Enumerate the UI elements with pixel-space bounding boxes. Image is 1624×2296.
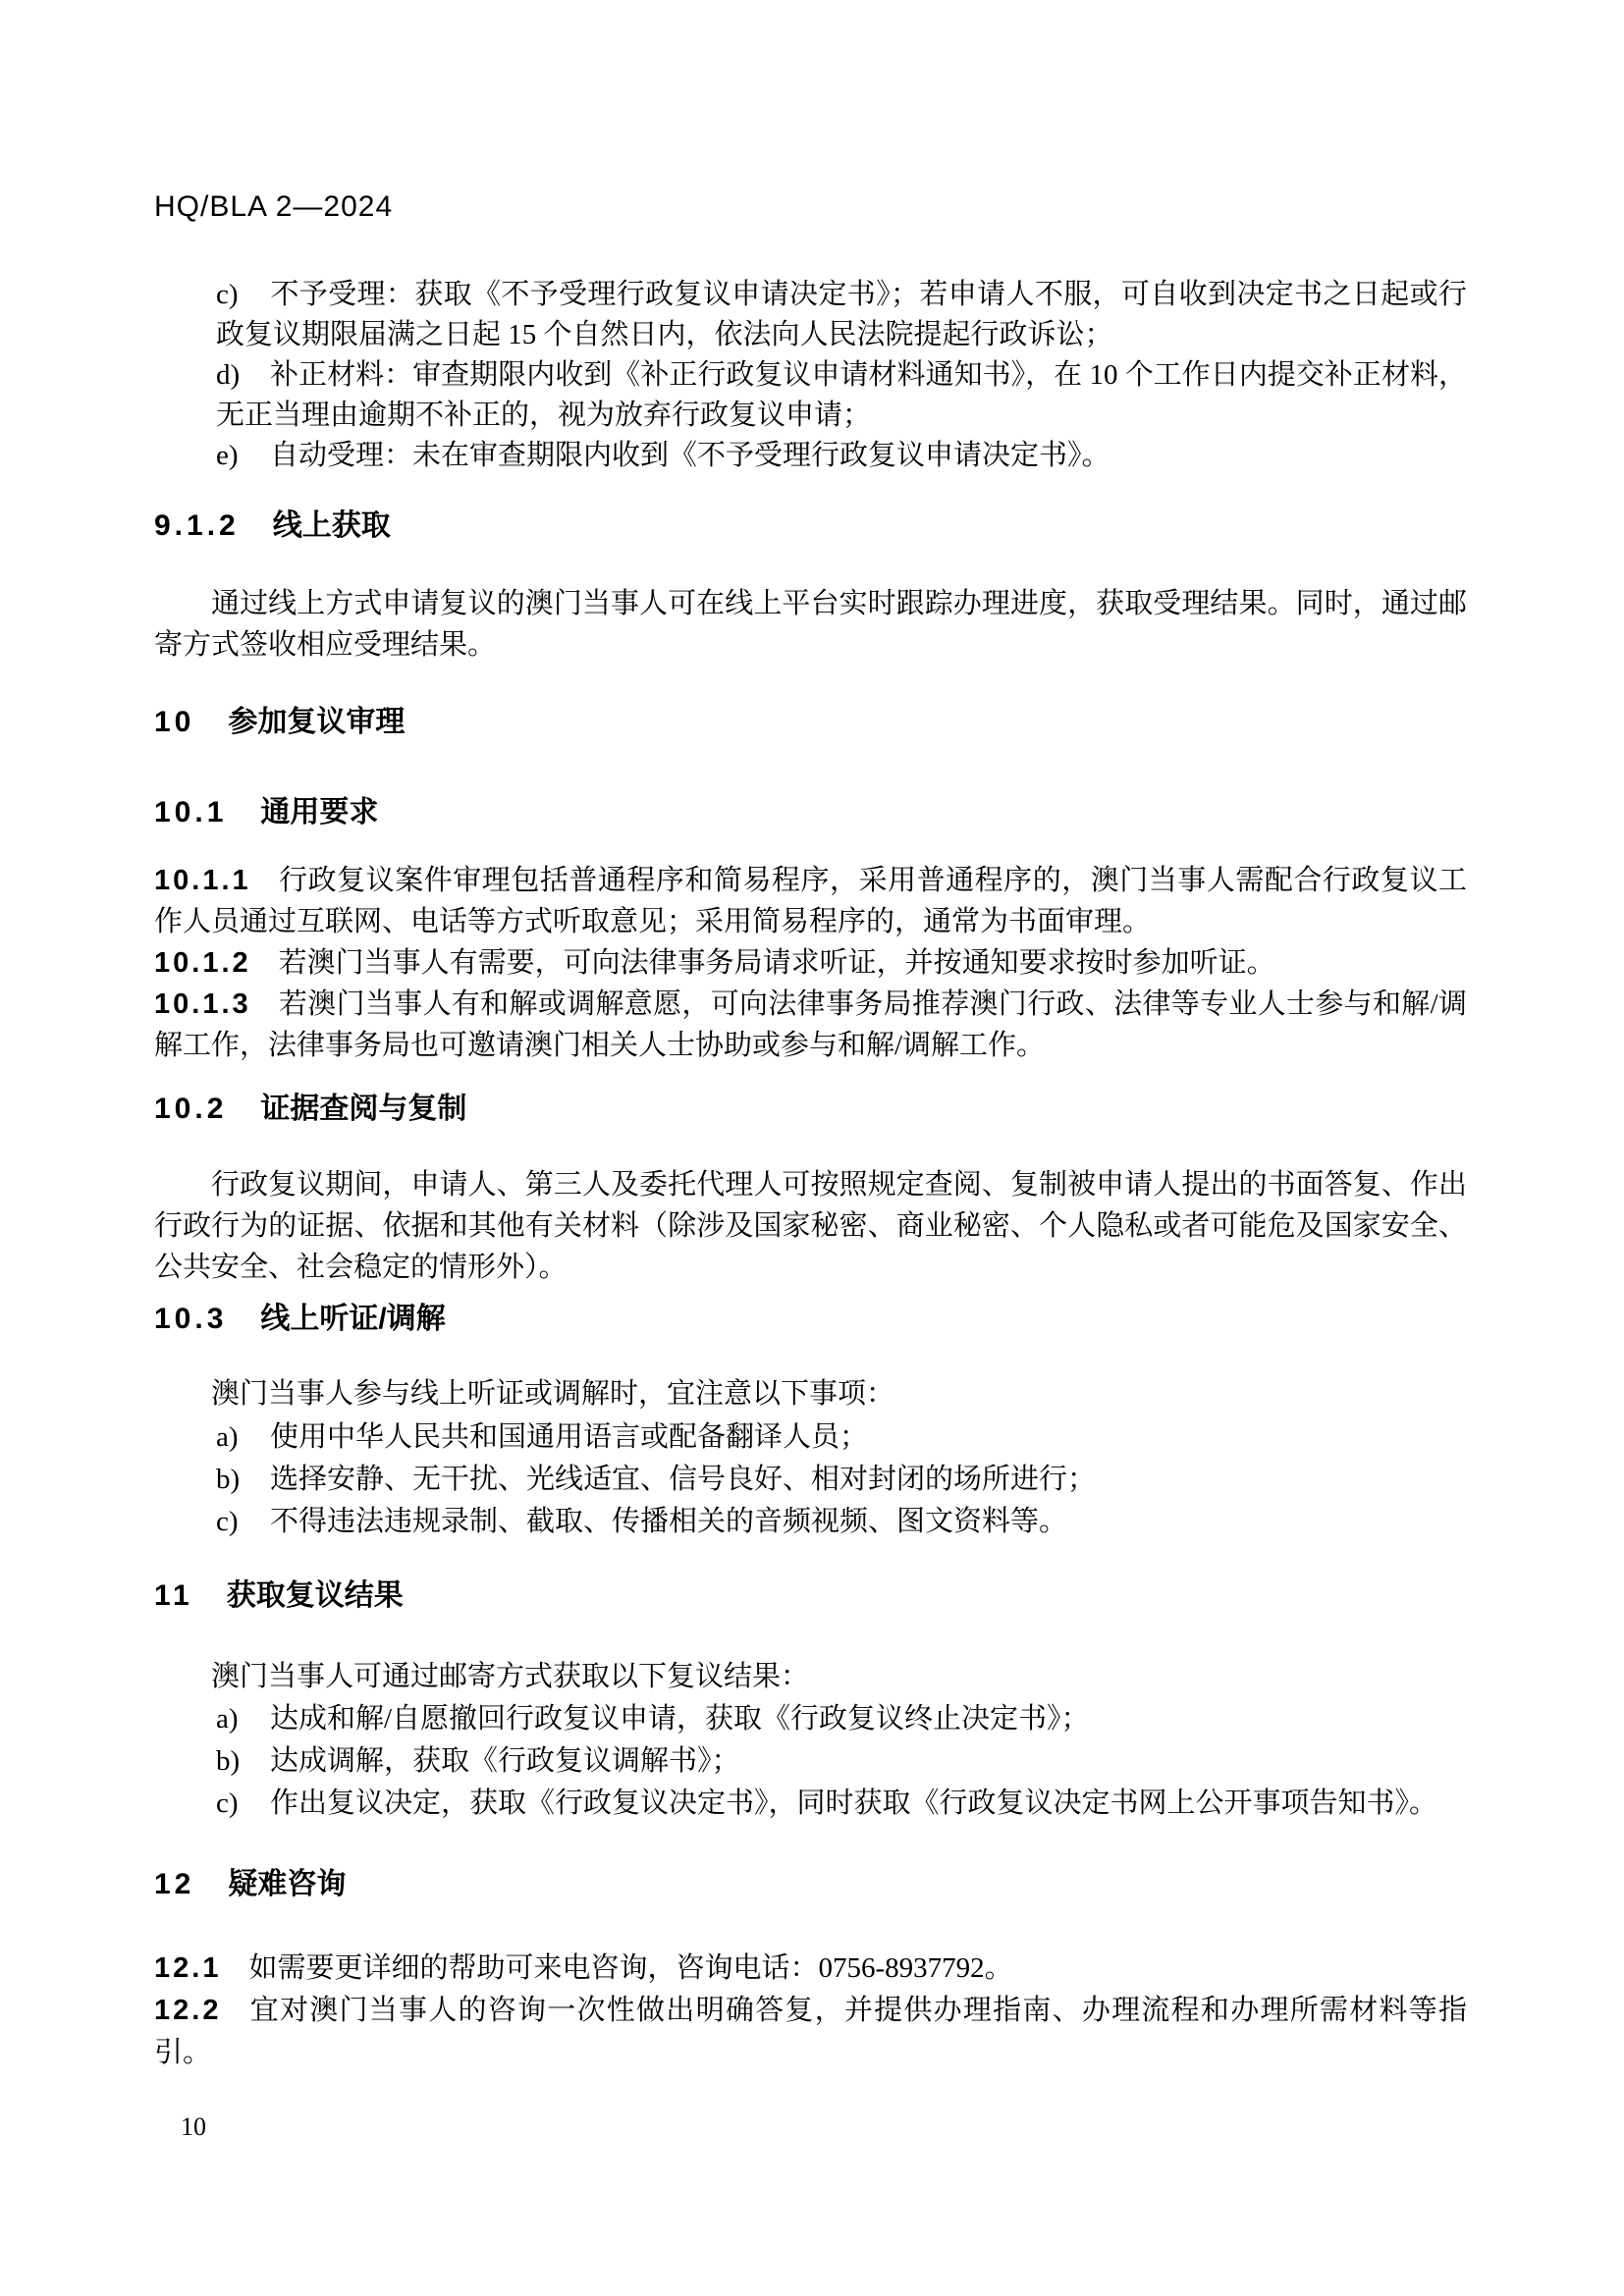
list-item-letter: c) (216, 275, 270, 315)
list-item-letter: b) (216, 1740, 270, 1783)
list-item-letter: a) (216, 1698, 270, 1740)
heading-number: 10.1 (154, 796, 227, 828)
list-item: c)不予受理：获取《不予受理行政复议申请决定书》；若申请人不服，可自收到决定书之… (216, 275, 1467, 355)
heading-number: 11 (154, 1579, 193, 1612)
heading-10-1: 10.1通用要求 (154, 795, 378, 830)
clause-10-1-1: 10.1.1行政复议案件审理包括普通程序和简易程序，采用普通程序的，澳门当事人需… (154, 860, 1467, 942)
heading-number: 9.1.2 (154, 509, 240, 542)
list-item: d)补正材料：审查期限内收到《补正行政复议申请材料通知书》，在 10 个工作日内… (216, 355, 1467, 436)
list-item: e)自动受理：未在审查期限内收到《不予受理行政复议申请决定书》。 (216, 436, 1467, 476)
clause-number: 10.1.3 (154, 988, 251, 1020)
list-item: b)选择安静、无干扰、光线适宜、信号良好、相对封闭的场所进行； (216, 1459, 1467, 1501)
heading-12: 12疑难咨询 (154, 1867, 346, 1902)
heading-title: 线上听证/调解 (260, 1303, 445, 1335)
clause-text: 若澳门当事人有需要，可向法律事务局请求听证，并按通知要求按时参加听证。 (279, 947, 1275, 979)
heading-title: 证据查阅与复制 (260, 1093, 466, 1125)
list-item-text: 补正材料：审查期限内收到《补正行政复议申请材料通知书》，在 10 个工作日内提交… (216, 359, 1467, 431)
clause-number: 12.2 (154, 1995, 221, 2026)
clause-text: 如需要更详细的帮助可来电咨询，咨询电话：0756-8937792。 (248, 1952, 1012, 1984)
intro-11: 澳门当事人可通过邮寄方式获取以下复议结果： (154, 1657, 1467, 1697)
heading-title: 疑难咨询 (228, 1868, 346, 1900)
heading-10: 10参加复议审理 (154, 705, 405, 740)
list-item-text: 达成和解/自愿撤回行政复议申请，获取《行政复议终止决定书》； (270, 1703, 1090, 1735)
heading-10-3: 10.3线上听证/调解 (154, 1302, 446, 1337)
heading-number: 10.2 (154, 1093, 227, 1125)
heading-11: 11获取复议结果 (154, 1578, 404, 1614)
clauses-12: 12.1如需要更详细的帮助可来电咨询，咨询电话：0756-8937792。 12… (154, 1948, 1467, 2074)
clause-number: 10.1.1 (154, 865, 251, 896)
heading-title: 通用要求 (260, 796, 378, 828)
list-11: a)达成和解/自愿撤回行政复议申请，获取《行政复议终止决定书》； b)达成调解，… (216, 1698, 1467, 1825)
heading-title: 获取复议结果 (227, 1579, 404, 1612)
list-item: a)使用中华人民共和国通用语言或配备翻译人员； (216, 1416, 1467, 1459)
paragraph-9-1-2: 通过线上方式申请复议的澳门当事人可在线上平台实时跟踪办理进度，获取受理结果。同时… (154, 583, 1467, 666)
list-item-text: 使用中华人民共和国通用语言或配备翻译人员； (270, 1421, 868, 1453)
list-item-letter: c) (216, 1501, 270, 1543)
list-item-text: 不予受理：获取《不予受理行政复议申请决定书》；若申请人不服，可自收到决定书之日起… (216, 279, 1467, 350)
clause-number: 12.1 (154, 1952, 221, 1984)
list-10-3: a)使用中华人民共和国通用语言或配备翻译人员； b)选择安静、无干扰、光线适宜、… (216, 1416, 1467, 1543)
list-item-text: 自动受理：未在审查期限内收到《不予受理行政复议申请决定书》。 (270, 440, 1110, 471)
heading-number: 10.3 (154, 1303, 227, 1335)
document-page: HQ/BLA 2—2024 c)不予受理：获取《不予受理行政复议申请决定书》；若… (0, 0, 1624, 2296)
clause-number: 10.1.2 (154, 947, 251, 979)
heading-title: 线上获取 (273, 509, 391, 542)
list-item-letter: e) (216, 436, 270, 476)
paragraph-10-2: 行政复议期间，申请人、第三人及委托代理人可按照规定查阅、复制被申请人提出的书面答… (154, 1164, 1467, 1288)
clauses-10-1: 10.1.1行政复议案件审理包括普通程序和简易程序，采用普通程序的，澳门当事人需… (154, 860, 1467, 1066)
heading-10-2: 10.2证据查阅与复制 (154, 1092, 466, 1127)
list-item-letter: a) (216, 1416, 270, 1459)
list-item-letter: d) (216, 355, 270, 396)
doc-header-code: HQ/BLA 2—2024 (154, 190, 393, 224)
list-item: c)作出复议决定，获取《行政复议决定书》，同时获取《行政复议决定书网上公开事项告… (216, 1783, 1467, 1825)
page-number: 10 (181, 2112, 206, 2142)
list-item: a)达成和解/自愿撤回行政复议申请，获取《行政复议终止决定书》； (216, 1698, 1467, 1740)
clause-12-2: 12.2宜对澳门当事人的咨询一次性做出明确答复，并提供办理指南、办理流程和办理所… (154, 1990, 1467, 2074)
list-item-letter: b) (216, 1459, 270, 1501)
clause-text: 若澳门当事人有和解或调解意愿，可向法律事务局推荐澳门行政、法律等专业人士参与和解… (154, 988, 1467, 1061)
heading-number: 10 (154, 706, 194, 738)
list-item-letter: c) (216, 1783, 270, 1825)
list-item-text: 作出复议决定，获取《行政复议决定书》，同时获取《行政复议决定书网上公开事项告知书… (270, 1788, 1437, 1819)
list-item-text: 不得违法违规录制、截取、传播相关的音频视频、图文资料等。 (270, 1506, 1067, 1537)
clause-text: 宜对澳门当事人的咨询一次性做出明确答复，并提供办理指南、办理流程和办理所需材料等… (154, 1995, 1467, 2068)
clause-12-1: 12.1如需要更详细的帮助可来电咨询，咨询电话：0756-8937792。 (154, 1948, 1467, 1990)
list-item-text: 选择安静、无干扰、光线适宜、信号良好、相对封闭的场所进行； (270, 1464, 1096, 1495)
list-item-text: 达成调解，获取《行政复议调解书》； (270, 1745, 740, 1777)
heading-number: 12 (154, 1868, 194, 1900)
clause-text: 行政复议案件审理包括普通程序和简易程序，采用普通程序的，澳门当事人需配合行政复议… (154, 865, 1467, 937)
clause-10-1-3: 10.1.3若澳门当事人有和解或调解意愿，可向法律事务局推荐澳门行政、法律等专业… (154, 984, 1467, 1066)
intro-10-3: 澳门当事人参与线上听证或调解时，宜注意以下事项： (154, 1374, 1467, 1415)
list-item: c)不得违法违规录制、截取、传播相关的音频视频、图文资料等。 (216, 1501, 1467, 1543)
list-cde: c)不予受理：获取《不予受理行政复议申请决定书》；若申请人不服，可自收到决定书之… (216, 275, 1467, 476)
list-item: b)达成调解，获取《行政复议调解书》； (216, 1740, 1467, 1783)
clause-10-1-2: 10.1.2若澳门当事人有需要，可向法律事务局请求听证，并按通知要求按时参加听证… (154, 942, 1467, 984)
heading-title: 参加复议审理 (228, 706, 405, 738)
heading-9-1-2: 9.1.2线上获取 (154, 508, 391, 544)
